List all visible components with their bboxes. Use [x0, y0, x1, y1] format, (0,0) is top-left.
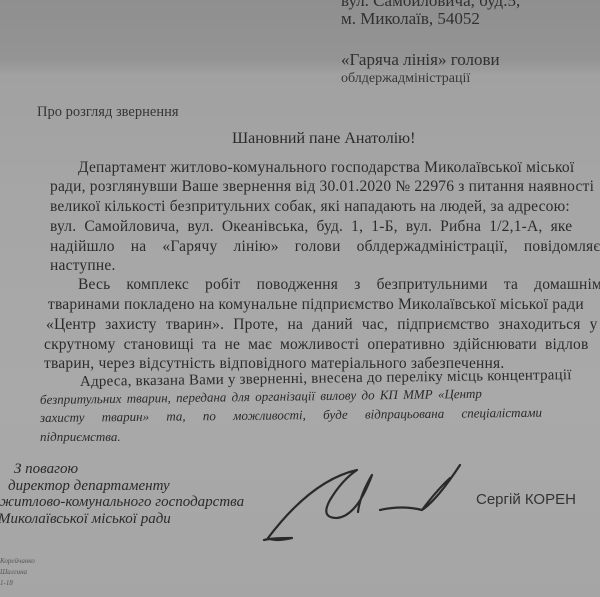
body-p1-line4: вул. Самойловича, вул. Океанівська, буд.… [50, 218, 596, 236]
salutation: Шановний пане Анатолію! [232, 130, 415, 148]
executor-note-line3: 1-18 [0, 579, 13, 587]
closing-regards: З повагою [14, 461, 78, 478]
body-p3-line3: захисту тварин» та, по можливості, буде … [40, 405, 542, 426]
body-p2-line1: Весь комплекс робіт поводження з безприт… [78, 276, 600, 294]
executor-note-line1: Корейчанко [0, 557, 35, 565]
body-p2-line3: «Центр захисту тварин». Проте, на даний … [46, 316, 598, 334]
closing-title-line1: директор департаменту [8, 478, 170, 495]
body-p1-line1: Департамент житлово-комунального господа… [78, 159, 596, 177]
body-p1-line2: ради, розглянувши Ваше звернення від 30.… [50, 178, 596, 196]
signatory-name: Сергій КОРЕН [476, 491, 576, 508]
body-p2-line4: скрутному становищі та не має можливості… [44, 336, 589, 354]
recipient-hotline: «Гаряча лінія» голови [341, 50, 500, 70]
body-p1-line6: наступне. [50, 257, 116, 275]
body-p1-line5: надійшло на «Гарячу лінію» голови облдер… [50, 238, 596, 256]
letter-subject: Про розгляд звернення [37, 104, 179, 121]
recipient-address-city: м. Миколаїв, 54052 [341, 9, 480, 29]
body-p3-line4: підприємства. [40, 429, 121, 445]
closing-title-line2: житлово-комунального господарства [0, 494, 244, 511]
recipient-administration: облдержадміністрації [341, 71, 470, 87]
executor-note-line2: Шалгина [0, 568, 27, 576]
body-p1-line3: великої кількості безпритульних собак, я… [50, 198, 596, 216]
closing-title-line3: Миколаївської міської ради [0, 511, 171, 528]
handwritten-signature [262, 460, 502, 550]
body-p2-line2: тваринами покладено на комунальне підпри… [48, 296, 584, 314]
